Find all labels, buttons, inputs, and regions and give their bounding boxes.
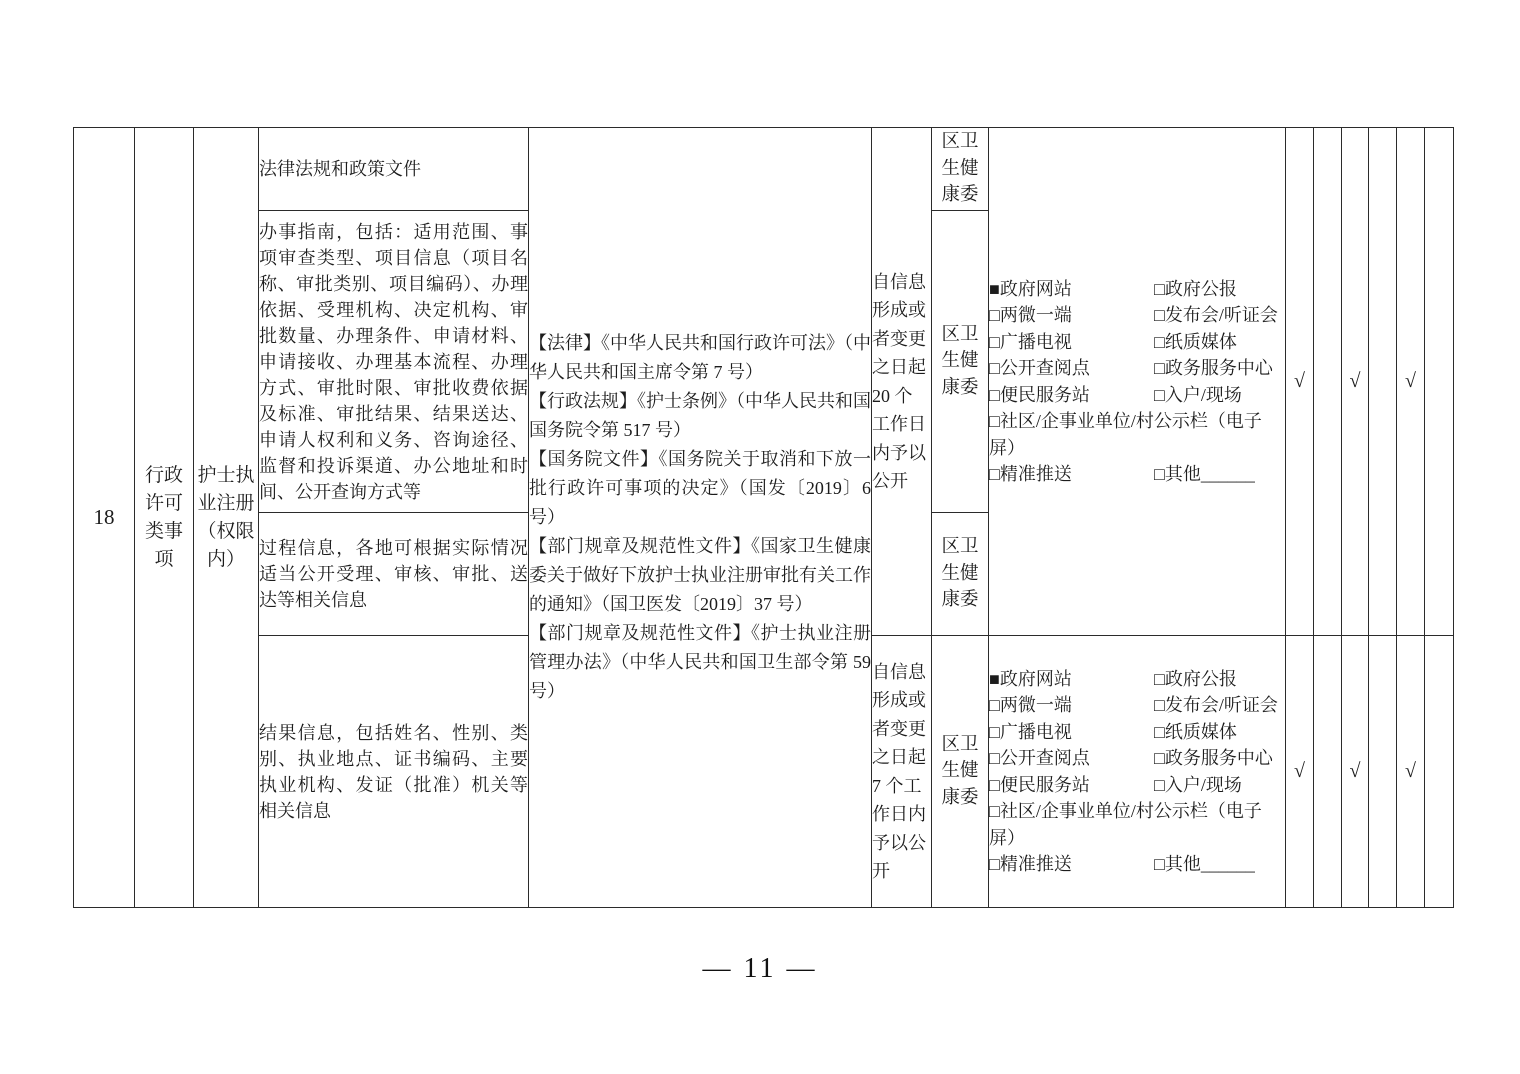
channel-line: □社区/企事业单位/村公示栏（电子屏） xyxy=(989,798,1285,851)
channel-line: □公开查阅点□政务服务中心 xyxy=(989,745,1285,772)
channel-option: □政府公报 xyxy=(1154,669,1237,689)
channel-option: □两微一端 xyxy=(989,302,1154,329)
checkmark-cell: √ xyxy=(1397,128,1425,636)
deadline-cell-top: 自信息 形成或 者变更 之日起 20 个 工作日 内予以 公开 xyxy=(872,128,932,636)
checkmark-cell xyxy=(1369,636,1397,908)
channel-option: ■政府网站 xyxy=(989,276,1154,303)
channel-option: □其他______ xyxy=(1154,464,1255,484)
responsible-cell: 区卫 生健 康委 xyxy=(932,128,989,211)
channel-option: □纸质媒体 xyxy=(1154,722,1237,742)
document-page: 18 行政 许可 类事 项 护士执 业注册 （权限 内） 法律法规和政策文件 【… xyxy=(0,0,1520,1074)
checkmark-cell: √ xyxy=(1342,128,1369,636)
checkmark-cell: √ xyxy=(1342,636,1369,908)
channel-option: □政府公报 xyxy=(1154,279,1237,299)
channel-option: □社区/企事业单位/村公示栏（电子屏） xyxy=(989,801,1262,848)
content-cell-process: 过程信息，各地可根据实际情况适当公开受理、审核、审批、送达等相关信息 xyxy=(259,513,529,636)
channel-option: □纸质媒体 xyxy=(1154,332,1237,352)
channel-line: □广播电视□纸质媒体 xyxy=(989,719,1285,746)
channel-option: □广播电视 xyxy=(989,719,1154,746)
channel-option: □公开查阅点 xyxy=(989,745,1154,772)
channel-option: □入户/现场 xyxy=(1154,385,1242,405)
channel-option: ■政府网站 xyxy=(989,666,1154,693)
responsible-cell: 区卫 生健 康委 xyxy=(932,513,989,636)
checkmark-cell xyxy=(1369,128,1397,636)
channel-line: ■政府网站□政府公报 xyxy=(989,666,1285,693)
legal-citation: 【行政法规】《护士条例》（中华人民共和国国务院令第 517 号） xyxy=(529,387,871,445)
channel-line: ■政府网站□政府公报 xyxy=(989,276,1285,303)
channel-line: □精准推送□其他______ xyxy=(989,851,1285,878)
channel-option: □政务服务中心 xyxy=(1154,748,1273,768)
channels-cell-bottom: ■政府网站□政府公报 □两微一端□发布会/听证会 □广播电视□纸质媒体 □公开查… xyxy=(989,636,1286,908)
legal-citation: 【部门规章及规范性文件】《国家卫生健康委关于做好下放护士执业注册审批有关工作的通… xyxy=(529,532,871,619)
content-cell-guide: 办事指南，包括：适用范围、事项审查类型、项目信息（项目名称、审批类别、项目编码）… xyxy=(259,211,529,513)
channel-option: □发布会/听证会 xyxy=(1154,305,1278,325)
item-name-cell: 护士执 业注册 （权限 内） xyxy=(194,128,259,908)
checkmark-cell xyxy=(1314,128,1342,636)
channel-option: □社区/企事业单位/村公示栏（电子屏） xyxy=(989,411,1262,458)
category-cell: 行政 许可 类事 项 xyxy=(135,128,194,908)
channels-cell-top: ■政府网站□政府公报 □两微一端□发布会/听证会 □广播电视□纸质媒体 □公开查… xyxy=(989,128,1286,636)
legal-citation: 【部门规章及规范性文件】《护士执业注册管理办法》（中华人民共和国卫生部令第 59… xyxy=(529,619,871,706)
checkmark-cell: √ xyxy=(1286,636,1314,908)
table-row-laws: 18 行政 许可 类事 项 护士执 业注册 （权限 内） 法律法规和政策文件 【… xyxy=(74,128,1454,211)
channel-option: □政务服务中心 xyxy=(1154,358,1273,378)
channel-line: □精准推送□其他______ xyxy=(989,461,1285,488)
checkmark-cell xyxy=(1314,636,1342,908)
responsible-cell: 区卫 生健 康委 xyxy=(932,211,989,513)
channel-option: □两微一端 xyxy=(989,692,1154,719)
channel-option: □精准推送 xyxy=(989,461,1154,488)
legal-citation: 【国务院文件】《国务院关于取消和下放一批行政许可事项的决定》（国发〔2019〕6… xyxy=(529,445,871,532)
deadline-cell-bottom: 自信息 形成或 者变更 之日起 7 个工 作日内 予以公 开 xyxy=(872,636,932,908)
checkmark-cell: √ xyxy=(1397,636,1425,908)
channel-line: □便民服务站□入户/现场 xyxy=(989,772,1285,799)
channel-line: □广播电视□纸质媒体 xyxy=(989,329,1285,356)
channel-line: □便民服务站□入户/现场 xyxy=(989,382,1285,409)
checkmark-cell xyxy=(1425,636,1454,908)
legal-citation: 【法律】《中华人民共和国行政许可法》（中华人民共和国主席令第 7 号） xyxy=(529,329,871,387)
channel-option: □精准推送 xyxy=(989,851,1154,878)
page-number: — 11 — xyxy=(0,953,1520,985)
checkmark-cell xyxy=(1425,128,1454,636)
content-cell-laws: 法律法规和政策文件 xyxy=(259,128,529,211)
channel-option: □便民服务站 xyxy=(989,772,1154,799)
channel-option: □广播电视 xyxy=(989,329,1154,356)
channel-line: □社区/企事业单位/村公示栏（电子屏） xyxy=(989,408,1285,461)
legal-basis-cell: 【法律】《中华人民共和国行政许可法》（中华人民共和国主席令第 7 号） 【行政法… xyxy=(529,128,872,908)
content-cell-result: 结果信息，包括姓名、性别、类别、执业地点、证书编码、主要执业机构、发证（批准）机… xyxy=(259,636,529,908)
channel-option: □其他______ xyxy=(1154,854,1255,874)
channel-option: □公开查阅点 xyxy=(989,355,1154,382)
channel-line: □两微一端□发布会/听证会 xyxy=(989,692,1285,719)
channel-option: □便民服务站 xyxy=(989,382,1154,409)
checkmark-cell: √ xyxy=(1286,128,1314,636)
channel-line: □两微一端□发布会/听证会 xyxy=(989,302,1285,329)
responsible-cell: 区卫 生健 康委 xyxy=(932,636,989,908)
channel-option: □入户/现场 xyxy=(1154,775,1242,795)
disclosure-table: 18 行政 许可 类事 项 护士执 业注册 （权限 内） 法律法规和政策文件 【… xyxy=(73,127,1454,908)
channel-line: □公开查阅点□政务服务中心 xyxy=(989,355,1285,382)
seq-cell: 18 xyxy=(74,128,135,908)
channel-option: □发布会/听证会 xyxy=(1154,695,1278,715)
